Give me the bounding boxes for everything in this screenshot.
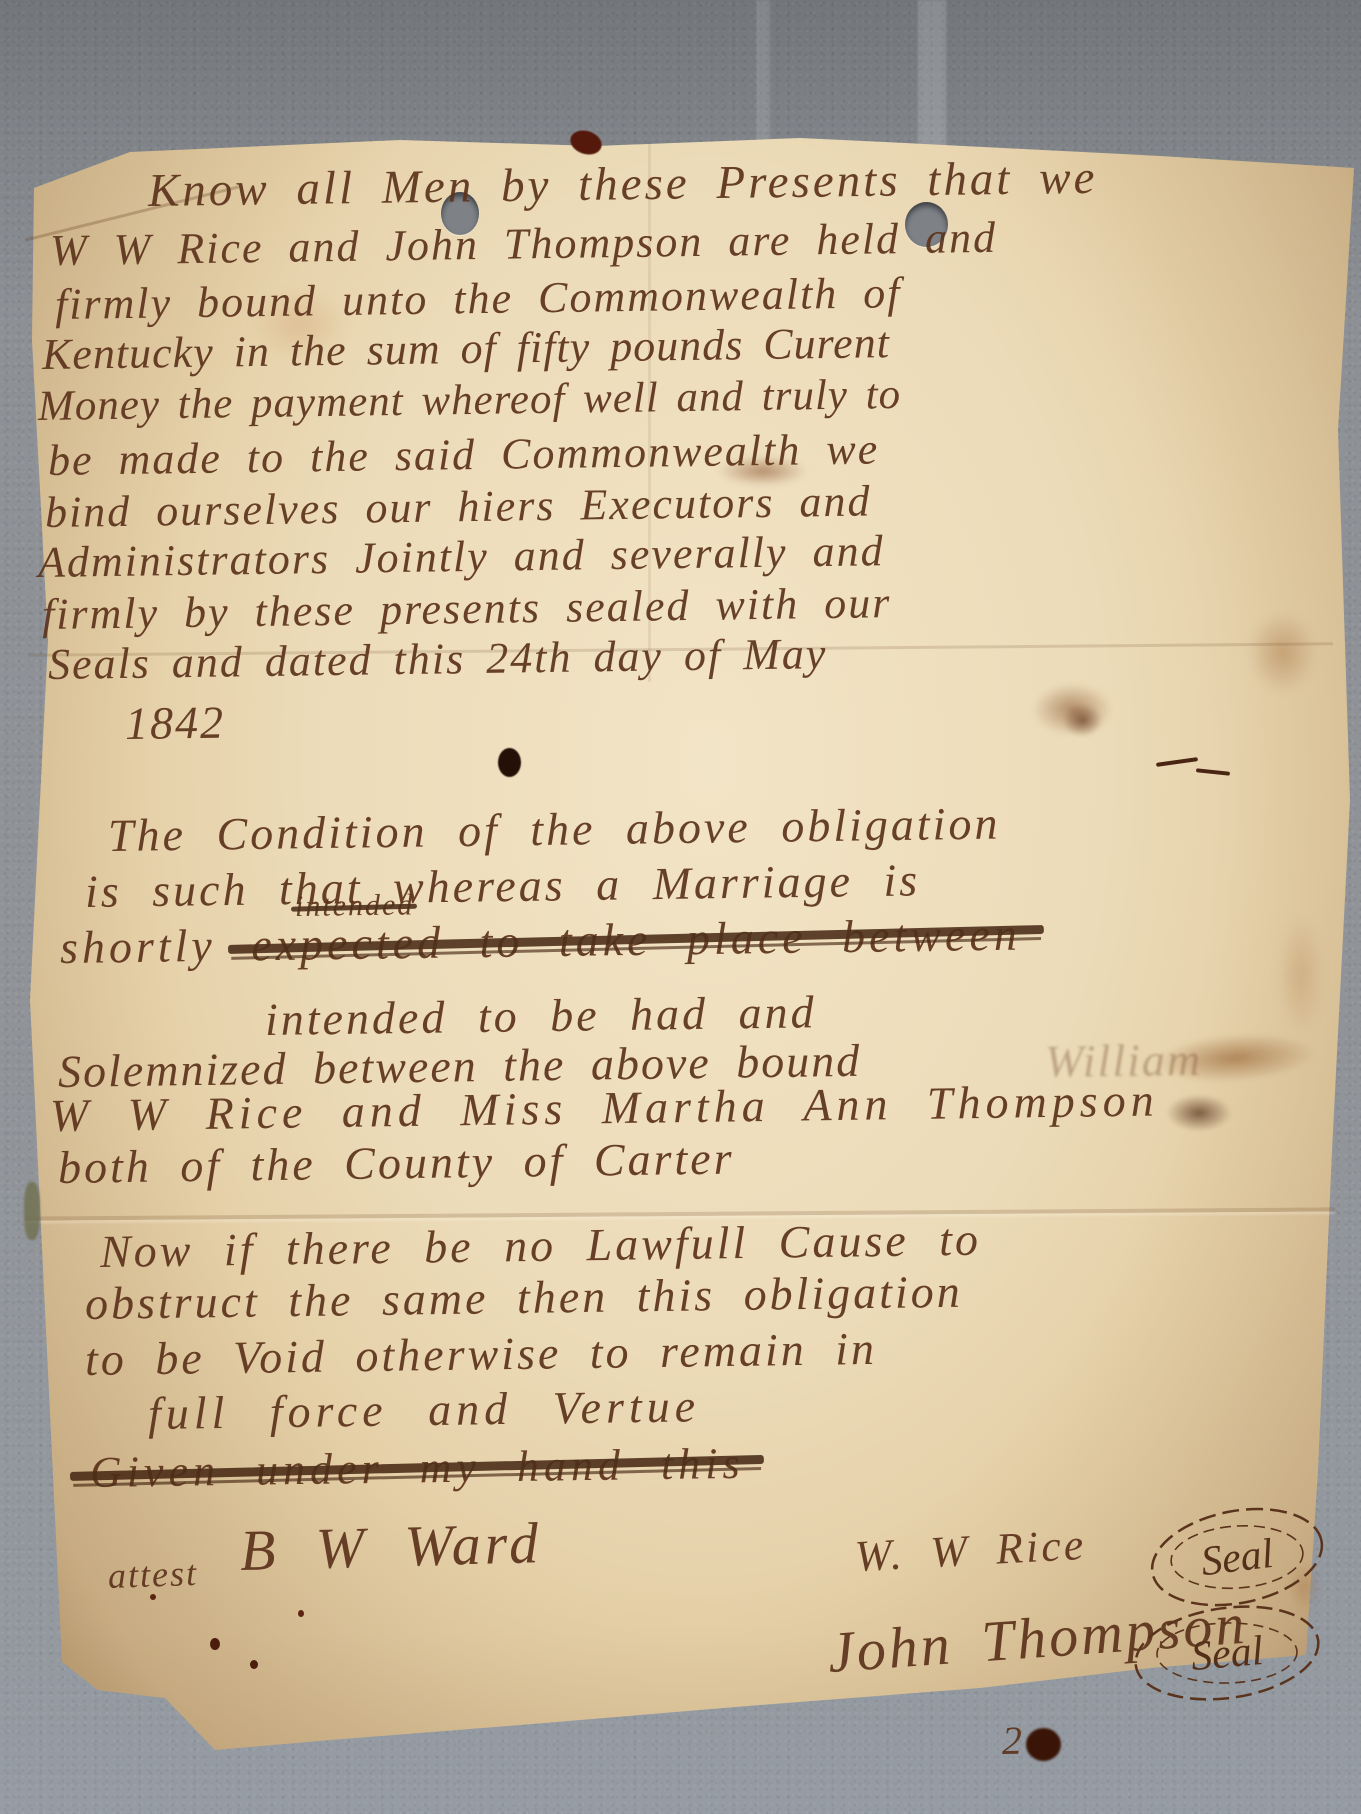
page-number: 2 <box>1002 1718 1025 1764</box>
photograph-of-document: Know all Men by these Presents that we W… <box>0 0 1361 1814</box>
seal-word: Seal <box>1189 1628 1265 1680</box>
attest-label: attest <box>107 1553 198 1598</box>
handwritten-line-11-year: 1842 <box>125 697 226 751</box>
seal-word: Seal <box>1198 1531 1275 1585</box>
struck-phrase: Given under my hand this <box>90 1439 745 1499</box>
kept-word: shortly <box>60 920 216 973</box>
handwritten-line-21: to be Void otherwise to remain in <box>85 1323 878 1387</box>
handwritten-line-23: Given under my hand this <box>90 1439 745 1499</box>
background-seam <box>918 0 946 166</box>
struck-phrase: expected to take place between <box>251 909 1021 973</box>
witness-signature: B W Ward <box>239 1510 543 1585</box>
seal-flourish: Seal <box>1117 1585 1336 1721</box>
handwritten-line-22: full force and Vertue <box>148 1380 701 1441</box>
handwritten-line-18: both of the County of Carter <box>58 1133 735 1195</box>
